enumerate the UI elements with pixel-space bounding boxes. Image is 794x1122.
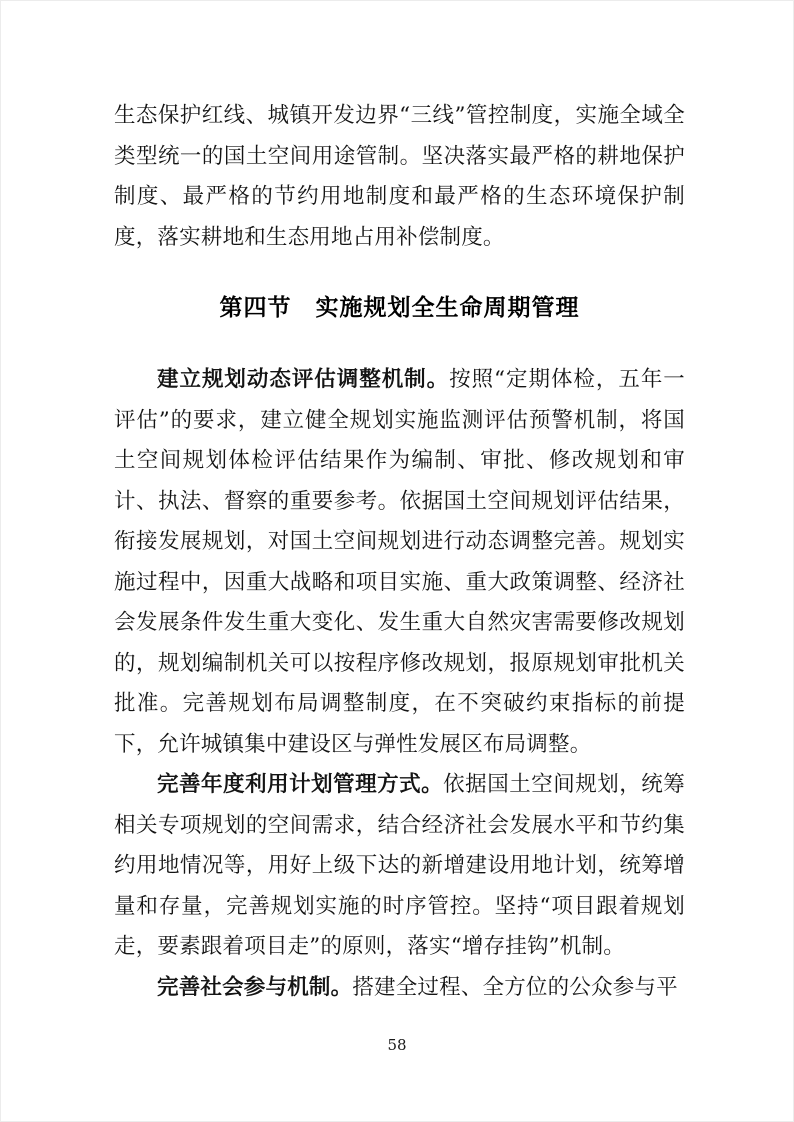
paragraph-lead: 完善社会参与机制。	[157, 975, 352, 1000]
document-page: 生态保护红线、城镇开发边界“三线”管控制度，实施全域全类型统一的国土空间用途管制…	[0, 0, 794, 1122]
text-block: 生态保护红线、城镇开发边界“三线”管控制度，实施全域全类型统一的国土空间用途管制…	[114, 96, 685, 1008]
paragraph-text: 依据国土空间规划，统筹相关专项规划的空间需求，结合经济社会发展水平和节约集约用地…	[114, 772, 685, 959]
paragraph-text: 生态保护红线、城镇开发边界“三线”管控制度，实施全域全类型统一的国土空间用途管制…	[114, 103, 685, 250]
section-heading: 第四节 实施规划全生命周期管理	[114, 286, 685, 330]
page-number: 58	[1, 1035, 793, 1055]
paragraph-lead: 完善年度利用计划管理方式。	[157, 772, 443, 797]
paragraph-text: 按照“定期体检，五年一评估”的要求，建立健全规划实施监测评估预警机制，将国土空间…	[114, 367, 685, 757]
paragraph-annual-plan: 完善年度利用计划管理方式。依据国土空间规划，统筹相关专项规划的空间需求，结合经济…	[114, 765, 685, 968]
paragraph-continuation: 生态保护红线、城镇开发边界“三线”管控制度，实施全域全类型统一的国土空间用途管制…	[114, 96, 685, 258]
paragraph-dynamic-evaluation: 建立规划动态评估调整机制。按照“定期体检，五年一评估”的要求，建立健全规划实施监…	[114, 360, 685, 765]
paragraph-text: 搭建全过程、全方位的公众参与平	[352, 975, 678, 1000]
paragraph-lead: 建立规划动态评估调整机制。	[157, 367, 449, 392]
paragraph-social-participation: 完善社会参与机制。搭建全过程、全方位的公众参与平	[114, 968, 685, 1009]
